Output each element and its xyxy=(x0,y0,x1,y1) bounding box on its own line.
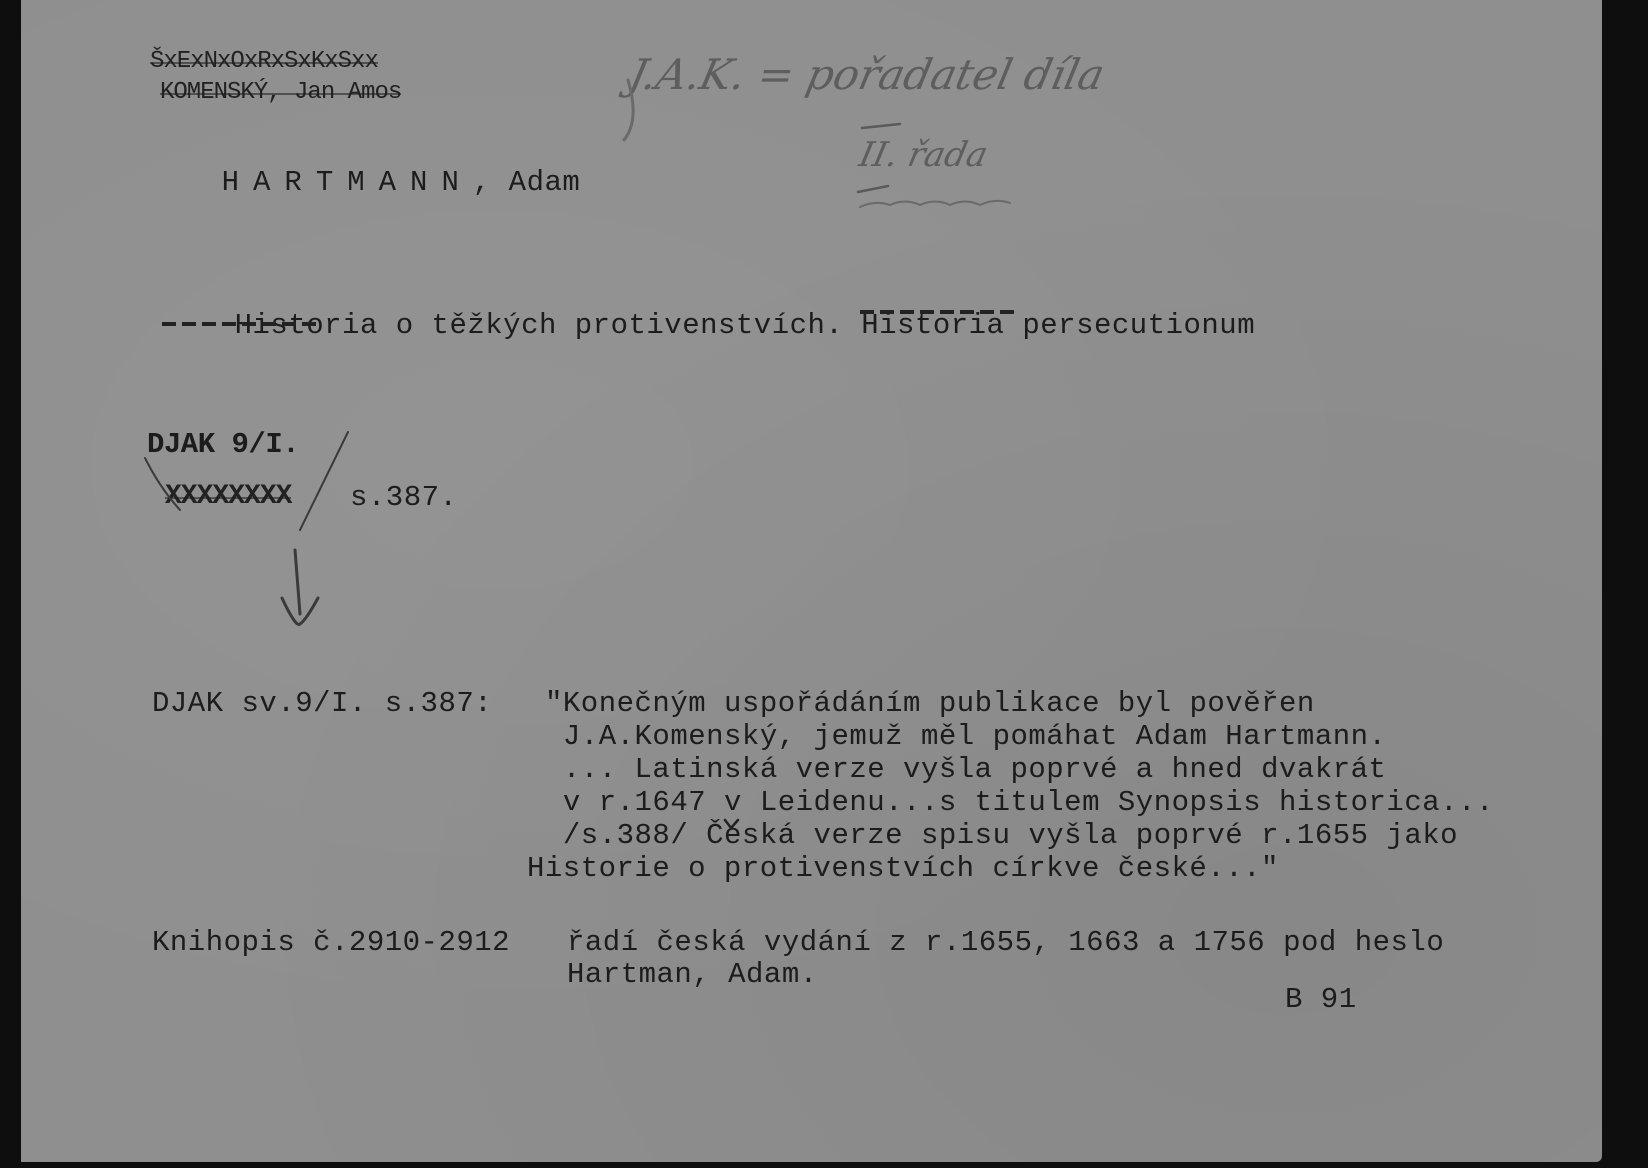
author-given-name: , Adam xyxy=(473,166,580,199)
quote-line: "Konečným uspořádáním publikace byl pově… xyxy=(545,687,1494,720)
quote-line: ... Latinská verze vyšla poprvé a hned d… xyxy=(545,753,1494,786)
author-surname: HARTMANN xyxy=(222,166,473,199)
citation-source: DJAK sv.9/I. s.387: xyxy=(152,687,492,720)
shelf-mark: B 91 xyxy=(1285,983,1357,1016)
reference-line1: DJAK 9/I. xyxy=(147,428,299,461)
reference-page: s.387. xyxy=(350,481,457,514)
title-line: Historia o těžkých protivenstvích. Histo… xyxy=(163,276,1255,375)
scan-frame: ŠxExNxOxRxSxKxSxx KOMENSKÝ, Jan Amos HAR… xyxy=(0,0,1648,1168)
author-heading: HARTMANN, Adam xyxy=(150,133,580,232)
citation-quote: "Konečným uspořádáním publikace byl pově… xyxy=(545,687,1494,885)
struck-heading-line1: ŠxExNxOxRxSxKxSxx xyxy=(150,49,378,75)
handwritten-note-editor: J.A.K. = pořadatel díla xyxy=(625,50,1109,99)
quote-line: J.A.Komenský, jemuž měl pomáhat Adam Har… xyxy=(545,720,1494,753)
reference-struck-text: XXXXXXXX xyxy=(165,484,291,510)
knihopis-source: Knihopis č.2910-2912 xyxy=(152,926,510,959)
underline-historia-1 xyxy=(162,322,318,326)
struck-heading-line2: KOMENSKÝ, Jan Amos xyxy=(160,80,401,106)
czech-title: Historia o těžkých protivenstvích. xyxy=(235,309,844,342)
underline-historia-2 xyxy=(860,310,1016,314)
quote-line: /s.388/ Česká verze spisu vyšla poprvé r… xyxy=(545,819,1494,852)
quote-line: v r.1647 v Leidenu...s titulem Synopsis … xyxy=(545,786,1494,819)
knihopis-line2: Hartman, Adam. xyxy=(567,958,818,991)
handwritten-note-series: II. řada xyxy=(856,135,992,175)
quote-line: Historie o protivenstvích církve české..… xyxy=(527,852,1494,885)
latin-title-rest: persecutionum xyxy=(1022,309,1255,342)
knihopis-line1: řadí česká vydání z r.1655, 1663 a 1756 … xyxy=(567,926,1444,959)
